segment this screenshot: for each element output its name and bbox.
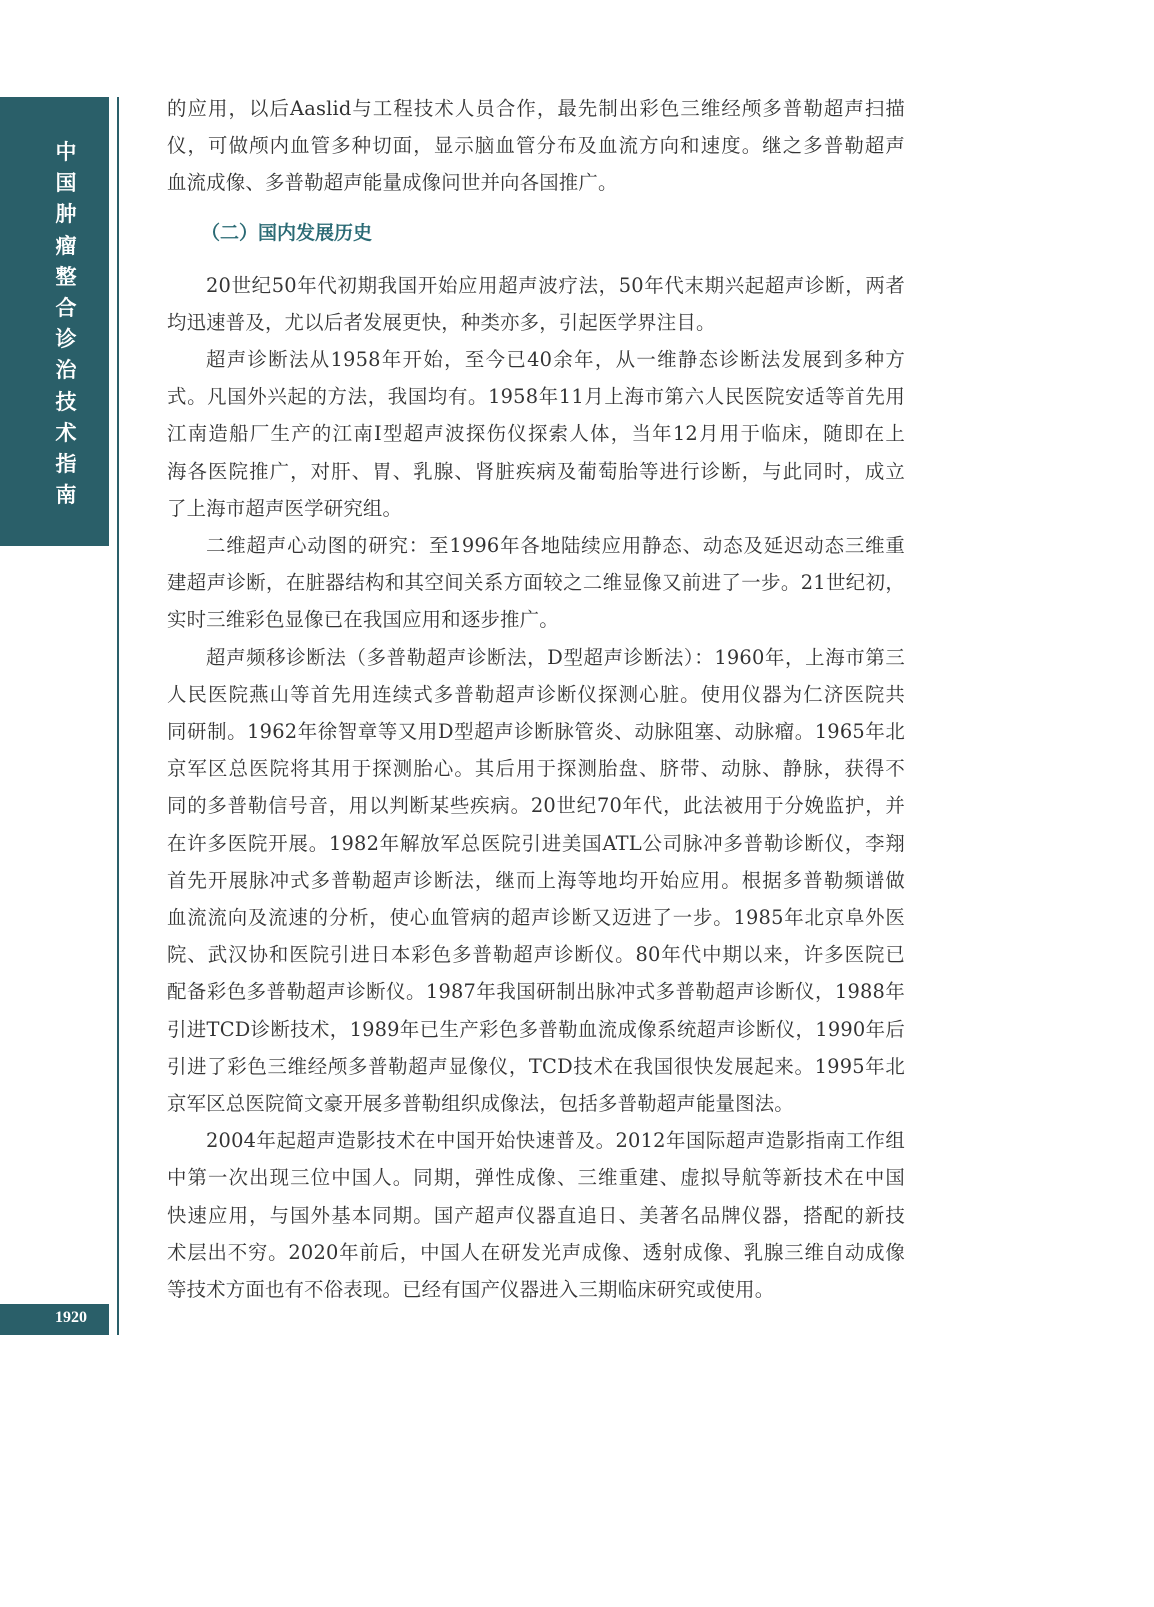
text-line: 院、武汉协和医院引进日本彩色多普勒超声诊断仪。80年代中期以来，许多医院已 (167, 936, 905, 973)
text-line: 建超声诊断，在脏器结构和其空间关系方面较之二维显像又前进了一步。21世纪初， (167, 564, 905, 601)
text-line: 超声诊断法从1958年开始，至今已40余年，从一维静态诊断法发展到多种方 (167, 341, 905, 378)
text-line: 式。凡国外兴起的方法，我国均有。1958年11月上海市第六人民医院安适等首先用 (167, 378, 905, 415)
text-line: 海各医院推广，对肝、胃、乳腺、肾脏疾病及葡萄胎等进行诊断，与此同时，成立 (167, 453, 905, 490)
page-body: 的应用，以后Aaslid与工程技术人员合作，最先制出彩色三维经颅多普勒超声扫描 … (167, 90, 905, 1308)
text-line: 实时三维彩色显像已在我国应用和逐步推广。 (167, 601, 905, 638)
intro-paragraph: 的应用，以后Aaslid与工程技术人员合作，最先制出彩色三维经颅多普勒超声扫描 … (167, 90, 905, 202)
text-line: 血流成像、多普勒超声能量成像问世并向各国推广。 (167, 164, 905, 201)
text-line: 引进TCD诊断技术，1989年已生产彩色多普勒血流成像系统超声诊断仪，1990年… (167, 1011, 905, 1048)
page-number: 1920 (55, 1309, 87, 1327)
text-line: 首先开展脉冲式多普勒超声诊断法，继而上海等地均开始应用。根据多普勒频谱做 (167, 862, 905, 899)
text-line: 在许多医院开展。1982年解放军总医院引进美国ATL公司脉冲多普勒诊断仪，李翔 (167, 825, 905, 862)
text-line: 均迅速普及，尤以后者发展更快，种类亦多，引起医学界注目。 (167, 304, 905, 341)
text-line: 同研制。1962年徐智章等又用D型超声诊断脉管炎、动脉阻塞、动脉瘤。1965年北 (167, 713, 905, 750)
text-line: 二维超声心动图的研究：至1996年各地陆续应用静态、动态及延迟动态三维重 (167, 527, 905, 564)
paragraph: 超声频移诊断法（多普勒超声诊断法，D型超声诊断法）：1960年，上海市第三 人民… (167, 639, 905, 1123)
text-line: 术层出不穷。2020年前后，中国人在研发光声成像、透射成像、乳腺三维自动成像 (167, 1234, 905, 1271)
margin-rule (117, 97, 119, 1335)
text-line: 的应用，以后Aaslid与工程技术人员合作，最先制出彩色三维经颅多普勒超声扫描 (167, 90, 905, 127)
text-line: 等技术方面也有不俗表现。已经有国产仪器进入三期临床研究或使用。 (167, 1271, 905, 1308)
paragraph: 超声诊断法从1958年开始，至今已40余年，从一维静态诊断法发展到多种方 式。凡… (167, 341, 905, 527)
text-line: 人民医院燕山等首先用连续式多普勒超声诊断仪探测心脏。使用仪器为仁济医院共 (167, 676, 905, 713)
paragraph: 20世纪50年代初期我国开始应用超声波疗法，50年代末期兴起超声诊断，两者 均迅… (167, 267, 905, 341)
text-line: 2004年起超声造影技术在中国开始快速普及。2012年国际超声造影指南工作组 (167, 1122, 905, 1159)
text-line: 中第一次出现三位中国人。同期，弹性成像、三维重建、虚拟导航等新技术在中国 (167, 1159, 905, 1196)
book-title-vertical: 中 国 肿 瘤 整 合 诊 治 技 术 指 南 (48, 137, 84, 511)
text-line: 快速应用，与国外基本同期。国产超声仪器直追日、美著名品牌仪器，搭配的新技 (167, 1197, 905, 1234)
text-line: 同的多普勒信号音，用以判断某些疾病。20世纪70年代，此法被用于分娩监护，并 (167, 787, 905, 824)
text-line: 京军区总医院将其用于探测胎心。其后用于探测胎盘、脐带、动脉、静脉，获得不 (167, 750, 905, 787)
text-line: 仪，可做颅内血管多种切面，显示脑血管分布及血流方向和速度。继之多普勒超声 (167, 127, 905, 164)
text-line: 超声频移诊断法（多普勒超声诊断法，D型超声诊断法）：1960年，上海市第三 (167, 639, 905, 676)
book-title-tab: 中 国 肿 瘤 整 合 诊 治 技 术 指 南 (0, 97, 109, 546)
page-number-box: 1920 (0, 1304, 109, 1335)
paragraph: 二维超声心动图的研究：至1996年各地陆续应用静态、动态及延迟动态三维重 建超声… (167, 527, 905, 639)
text-line: 20世纪50年代初期我国开始应用超声波疗法，50年代末期兴起超声诊断，两者 (167, 267, 905, 304)
paragraph: 2004年起超声造影技术在中国开始快速普及。2012年国际超声造影指南工作组 中… (167, 1122, 905, 1308)
text-line: 江南造船厂生产的江南Ⅰ型超声波探伤仪探索人体，当年12月用于临床，随即在上 (167, 415, 905, 452)
text-line: 了上海市超声医学研究组。 (167, 490, 905, 527)
text-line: 京军区总医院简文豪开展多普勒组织成像法，包括多普勒超声能量图法。 (167, 1085, 905, 1122)
text-line: 引进了彩色三维经颅多普勒超声显像仪，TCD技术在我国很快发展起来。1995年北 (167, 1048, 905, 1085)
text-line: 配备彩色多普勒超声诊断仪。1987年我国研制出脉冲式多普勒超声诊断仪，1988年 (167, 973, 905, 1010)
section-heading: （二）国内发展历史 (201, 221, 905, 245)
text-line: 血流流向及流速的分析，使心血管病的超声诊断又迈进了一步。1985年北京阜外医 (167, 899, 905, 936)
